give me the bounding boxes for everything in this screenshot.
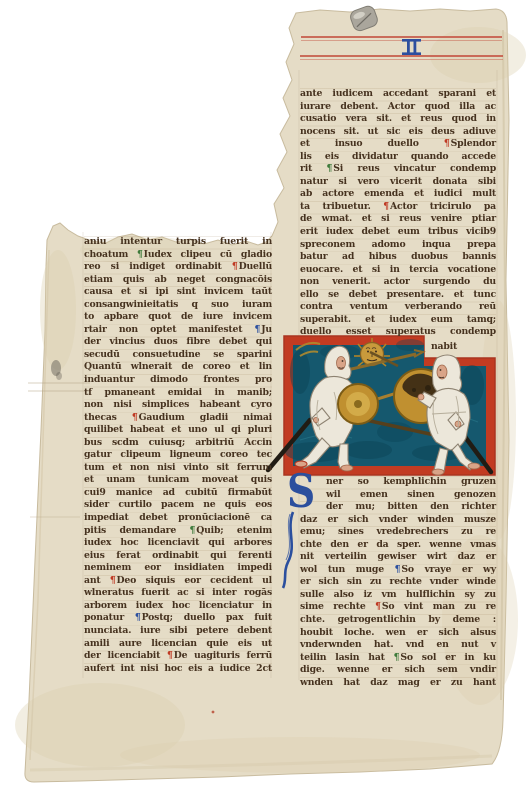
text-line: wol tun muge ¶So vraye er wy — [300, 564, 496, 577]
overflow-word: nabit — [431, 341, 489, 352]
text-line: der mu; bitten den richter — [300, 501, 496, 514]
text-line: nocens sit. ut sic eis deus adiuve — [300, 126, 496, 139]
text-line: aufert int nisi hoc eis a iudice 2ct — [84, 663, 272, 676]
text-line: tf pmaneant emidai in manib; — [84, 387, 272, 400]
text-line: de wmat. et si reus venire ptiar — [300, 213, 496, 226]
text-line: reo si indiget ordinabit ¶Duellū — [84, 261, 272, 274]
text-line: Quantū wlnerait de coreo et lin — [84, 361, 272, 374]
text-line: chte den er da sper. wenne vmas — [300, 539, 496, 552]
text-line: rtair non optet manifestet ¶Ju — [84, 324, 272, 337]
text-line: bus scdm cuiusq; arbitriū Accin — [84, 437, 272, 450]
text-line: etiam quis ab neget congnacōis — [84, 274, 272, 287]
text-line: secudū consuetudine se sparini — [84, 349, 272, 362]
text-line: non nisi simplices habeant cyro — [84, 399, 272, 412]
text-line: tum et non nisi vinto sit ferrum — [84, 462, 272, 475]
text-line: eius ferat ordinabit qui ferenti — [84, 550, 272, 563]
text-line: induantur dimodo frontes pro — [84, 374, 272, 387]
text-line: ner so kemphlichin gruzen — [300, 476, 496, 489]
text-line: spreconem adomo inqua prepa — [300, 239, 496, 252]
text-line: wil emen sinen genozen — [300, 489, 496, 502]
text-line: et insuo duello ¶Splendor — [300, 138, 496, 151]
text-line: dige. wenne er sich sem vndir — [300, 664, 496, 677]
text-line: ta tribuetur. ¶Actor tricirulo pa — [300, 201, 496, 214]
text-line: duello esset superatus condemp — [300, 326, 496, 339]
text-line: amili aure licencian quie eis ut — [84, 638, 272, 651]
text-line: arborem iudex hoc licenciatur in — [84, 600, 272, 613]
text-line: et unam tunicam moveat quis — [84, 474, 272, 487]
left-buckler — [338, 384, 378, 424]
text-line: euocare. et si in tercia vocatione — [300, 264, 496, 277]
text-line: pitis demandare ¶Quib; etenim — [84, 525, 272, 538]
text-line: ponatur ¶Postq; duello pax fuit — [84, 612, 272, 625]
text-line: nunciata. iure sibi petere debent — [84, 625, 272, 638]
latin-column-right: ante iudicem accedant sparani etiurare d… — [300, 88, 496, 339]
text-line: batur ad hibus duobus bannis — [300, 251, 496, 264]
text-line: choatum ¶Iudex clipeu cū gladio — [84, 249, 272, 262]
text-line: causa et si ipi sint invicem taūt — [84, 286, 272, 299]
text-line: sime rechte ¶So vint man zu re — [300, 601, 496, 614]
text-line: ello se debet presentare. et tunc — [300, 289, 496, 302]
text-line: wnden hat daz mag er zu hant — [300, 677, 496, 690]
text-line: quilibet habeat et uno ul qi pluri — [84, 424, 272, 437]
text-line: ant ¶Deo siquis eor cecident ul — [84, 575, 272, 588]
manuscript-photo: aniu intentur turpis fuerit inchoatum ¶I… — [0, 0, 528, 794]
text-line: chte. getrogentlichin by deme : — [300, 614, 496, 627]
text-line: iurare debent. Actor quod illa ac — [300, 101, 496, 114]
text-line: to apbare quot de iure invicem — [84, 311, 272, 324]
text-line: teilin lasin hat ¶So sol er in ku — [300, 652, 496, 665]
text-line: neminem eor insidiaten impedi — [84, 562, 272, 575]
text-line: ab actore emenda et iudici mult — [300, 188, 496, 201]
text-line: cusatio vera sit. et reus quod in — [300, 113, 496, 126]
text-line: gatur clipeum ligneum coreo tec — [84, 449, 272, 462]
text-line: er sich sin zu rechte vnder winde — [300, 576, 496, 589]
text-line: sulle also iz vm hulflichin sy zu — [300, 589, 496, 602]
text-line: der licenciabit ¶De uagituris ferrū — [84, 650, 272, 663]
text-line: impediat debet pronūciacionē ca — [84, 512, 272, 525]
text-line: nit verteilin gewiser wirt daz er — [300, 551, 496, 564]
text-line: vnderwnden hat. vnd en nut v — [300, 639, 496, 652]
text-line: non venerit. actor surgendo du — [300, 276, 496, 289]
text-line: iudex hoc licenciavit qui arbores — [84, 537, 272, 550]
text-line: superabit. et iudex eum tamq; — [300, 314, 496, 327]
red-speck — [212, 711, 215, 714]
text-line: sider curtilo pacem ne quis eos — [84, 499, 272, 512]
text-line: erit iudex debet eum tribus vicib9 — [300, 226, 496, 239]
text-line: consangwinieitatis q suo iuram — [84, 299, 272, 312]
text-line: thecas ¶Gaudium gladii nimai — [84, 412, 272, 425]
latin-column-left: aniu intentur turpis fuerit inchoatum ¶I… — [84, 236, 272, 675]
text-line: houbit loche. wen er sich alsus — [300, 627, 496, 640]
text-line: natur si vero vicerit donata sibi — [300, 176, 496, 189]
text-line: der vincius duos fibre debet qui — [84, 336, 272, 349]
german-column: ner so kemphlichin gruzenwil emen sinen … — [300, 476, 496, 689]
text-line: contra ventum verberando reū — [300, 301, 496, 314]
text-line: rit ¶Si reus vincatur condemp — [300, 163, 496, 176]
text-line: aniu intentur turpis fuerit in — [84, 236, 272, 249]
text-line: lis eis dividatur quando accede — [300, 151, 496, 164]
text-line: daz er sich vnder winden musze — [300, 514, 496, 527]
text-line: emu; sines vredebrechers zu re — [300, 526, 496, 539]
text-line: cui9 manice ad cubitū firmabūt — [84, 487, 272, 500]
text-line: ante iudicem accedant sparani et — [300, 88, 496, 101]
text-line: wlneratus fuerit ac si inter rogās — [84, 587, 272, 600]
